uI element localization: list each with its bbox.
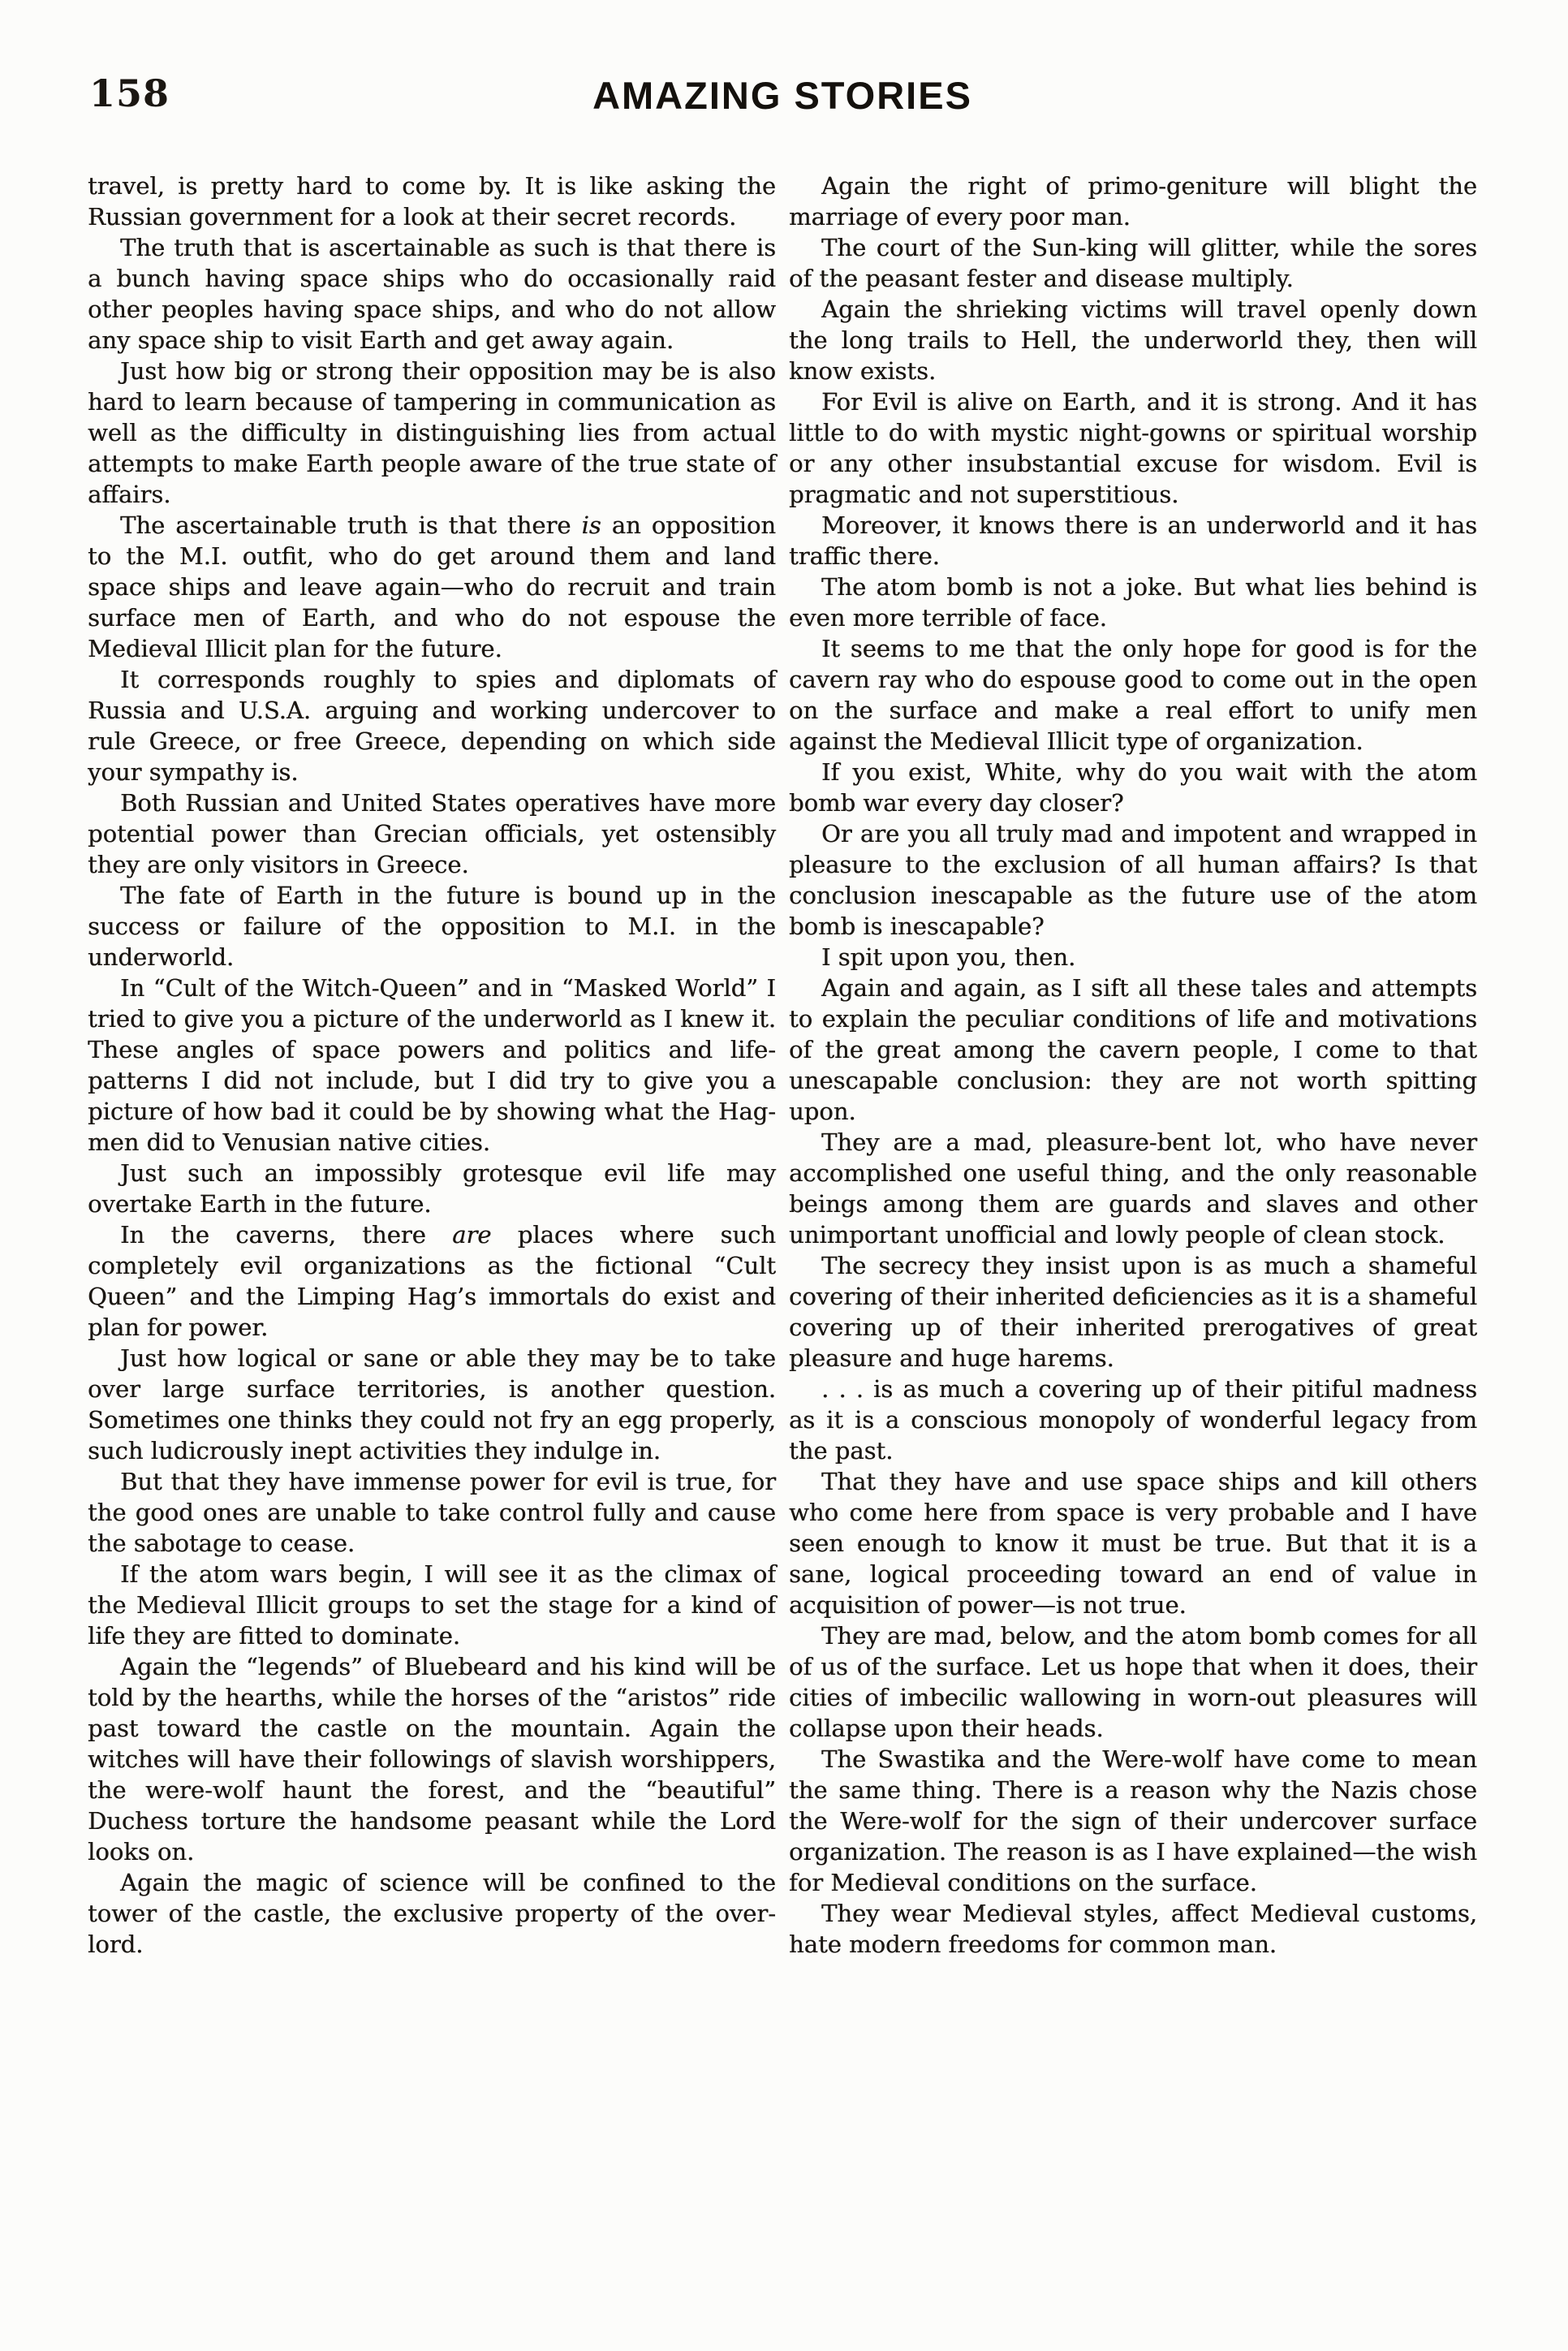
- paragraph: For Evil is alive on Earth, and it is st…: [789, 386, 1477, 510]
- paragraph: The truth that is ascertainable as such …: [88, 232, 776, 356]
- paragraph: Again the right of primo-geniture will b…: [789, 170, 1477, 232]
- paragraph: Again the shrieking victims will travel …: [789, 294, 1477, 386]
- right-column: Again the right of primo-geniture will b…: [789, 170, 1477, 1960]
- paragraph: Just how big or strong their opposition …: [88, 356, 776, 510]
- paragraph: That they have and use space ships and k…: [789, 1466, 1477, 1620]
- page-number: 158: [89, 71, 170, 115]
- paragraph: Both Russian and United States operative…: [88, 787, 776, 880]
- paragraph: In “Cult of the Witch-Queen” and in “Mas…: [88, 973, 776, 1158]
- paragraph: They are a mad, pleasure-bent lot, who h…: [789, 1127, 1477, 1250]
- paragraph: In the caverns, there are places where s…: [88, 1219, 776, 1343]
- paragraph: I spit upon you, then.: [789, 942, 1477, 973]
- paragraph: Or are you all truly mad and impotent an…: [789, 818, 1477, 942]
- paragraph: The fate of Earth in the future is bound…: [88, 880, 776, 973]
- paragraph: Just how logical or sane or able they ma…: [88, 1343, 776, 1466]
- paragraph: They are mad, below, and the atom bomb c…: [789, 1620, 1477, 1744]
- paragraph: If the atom wars begin, I will see it as…: [88, 1559, 776, 1651]
- paragraph: The Swastika and the Were-wolf have come…: [789, 1744, 1477, 1898]
- paragraph: Again the “legends” of Bluebeard and his…: [88, 1651, 776, 1867]
- paragraph: The secrecy they insist upon is as much …: [789, 1250, 1477, 1374]
- paragraph: Moreover, it knows there is an underworl…: [789, 510, 1477, 572]
- paragraph: The ascertainable truth is that there is…: [88, 510, 776, 664]
- paragraph: It seems to me that the only hope for go…: [789, 633, 1477, 757]
- page-header: 158 AMAZING STORIES: [88, 71, 1477, 122]
- paragraph: Just such an impossibly grotesque evil l…: [88, 1158, 776, 1219]
- paragraph: travel, is pretty hard to come by. It is…: [88, 170, 776, 232]
- magazine-title: AMAZING STORIES: [592, 73, 972, 118]
- magazine-page: 158 AMAZING STORIES travel, is pretty ha…: [0, 0, 1568, 2351]
- paragraph: They wear Medieval styles, affect Mediev…: [789, 1898, 1477, 1960]
- text-columns: travel, is pretty hard to come by. It is…: [88, 170, 1477, 1960]
- paragraph: But that they have immense power for evi…: [88, 1466, 776, 1559]
- paragraph: It corresponds roughly to spies and dipl…: [88, 664, 776, 787]
- paragraph: Again and again, as I sift all these tal…: [789, 973, 1477, 1127]
- paragraph: The court of the Sun-king will glitter, …: [789, 232, 1477, 294]
- paragraph: . . . is as much a covering up of their …: [789, 1374, 1477, 1466]
- left-column: travel, is pretty hard to come by. It is…: [88, 170, 776, 1960]
- paragraph: The atom bomb is not a joke. But what li…: [789, 572, 1477, 633]
- paragraph: Again the magic of science will be confi…: [88, 1867, 776, 1960]
- paragraph: If you exist, White, why do you wait wit…: [789, 757, 1477, 818]
